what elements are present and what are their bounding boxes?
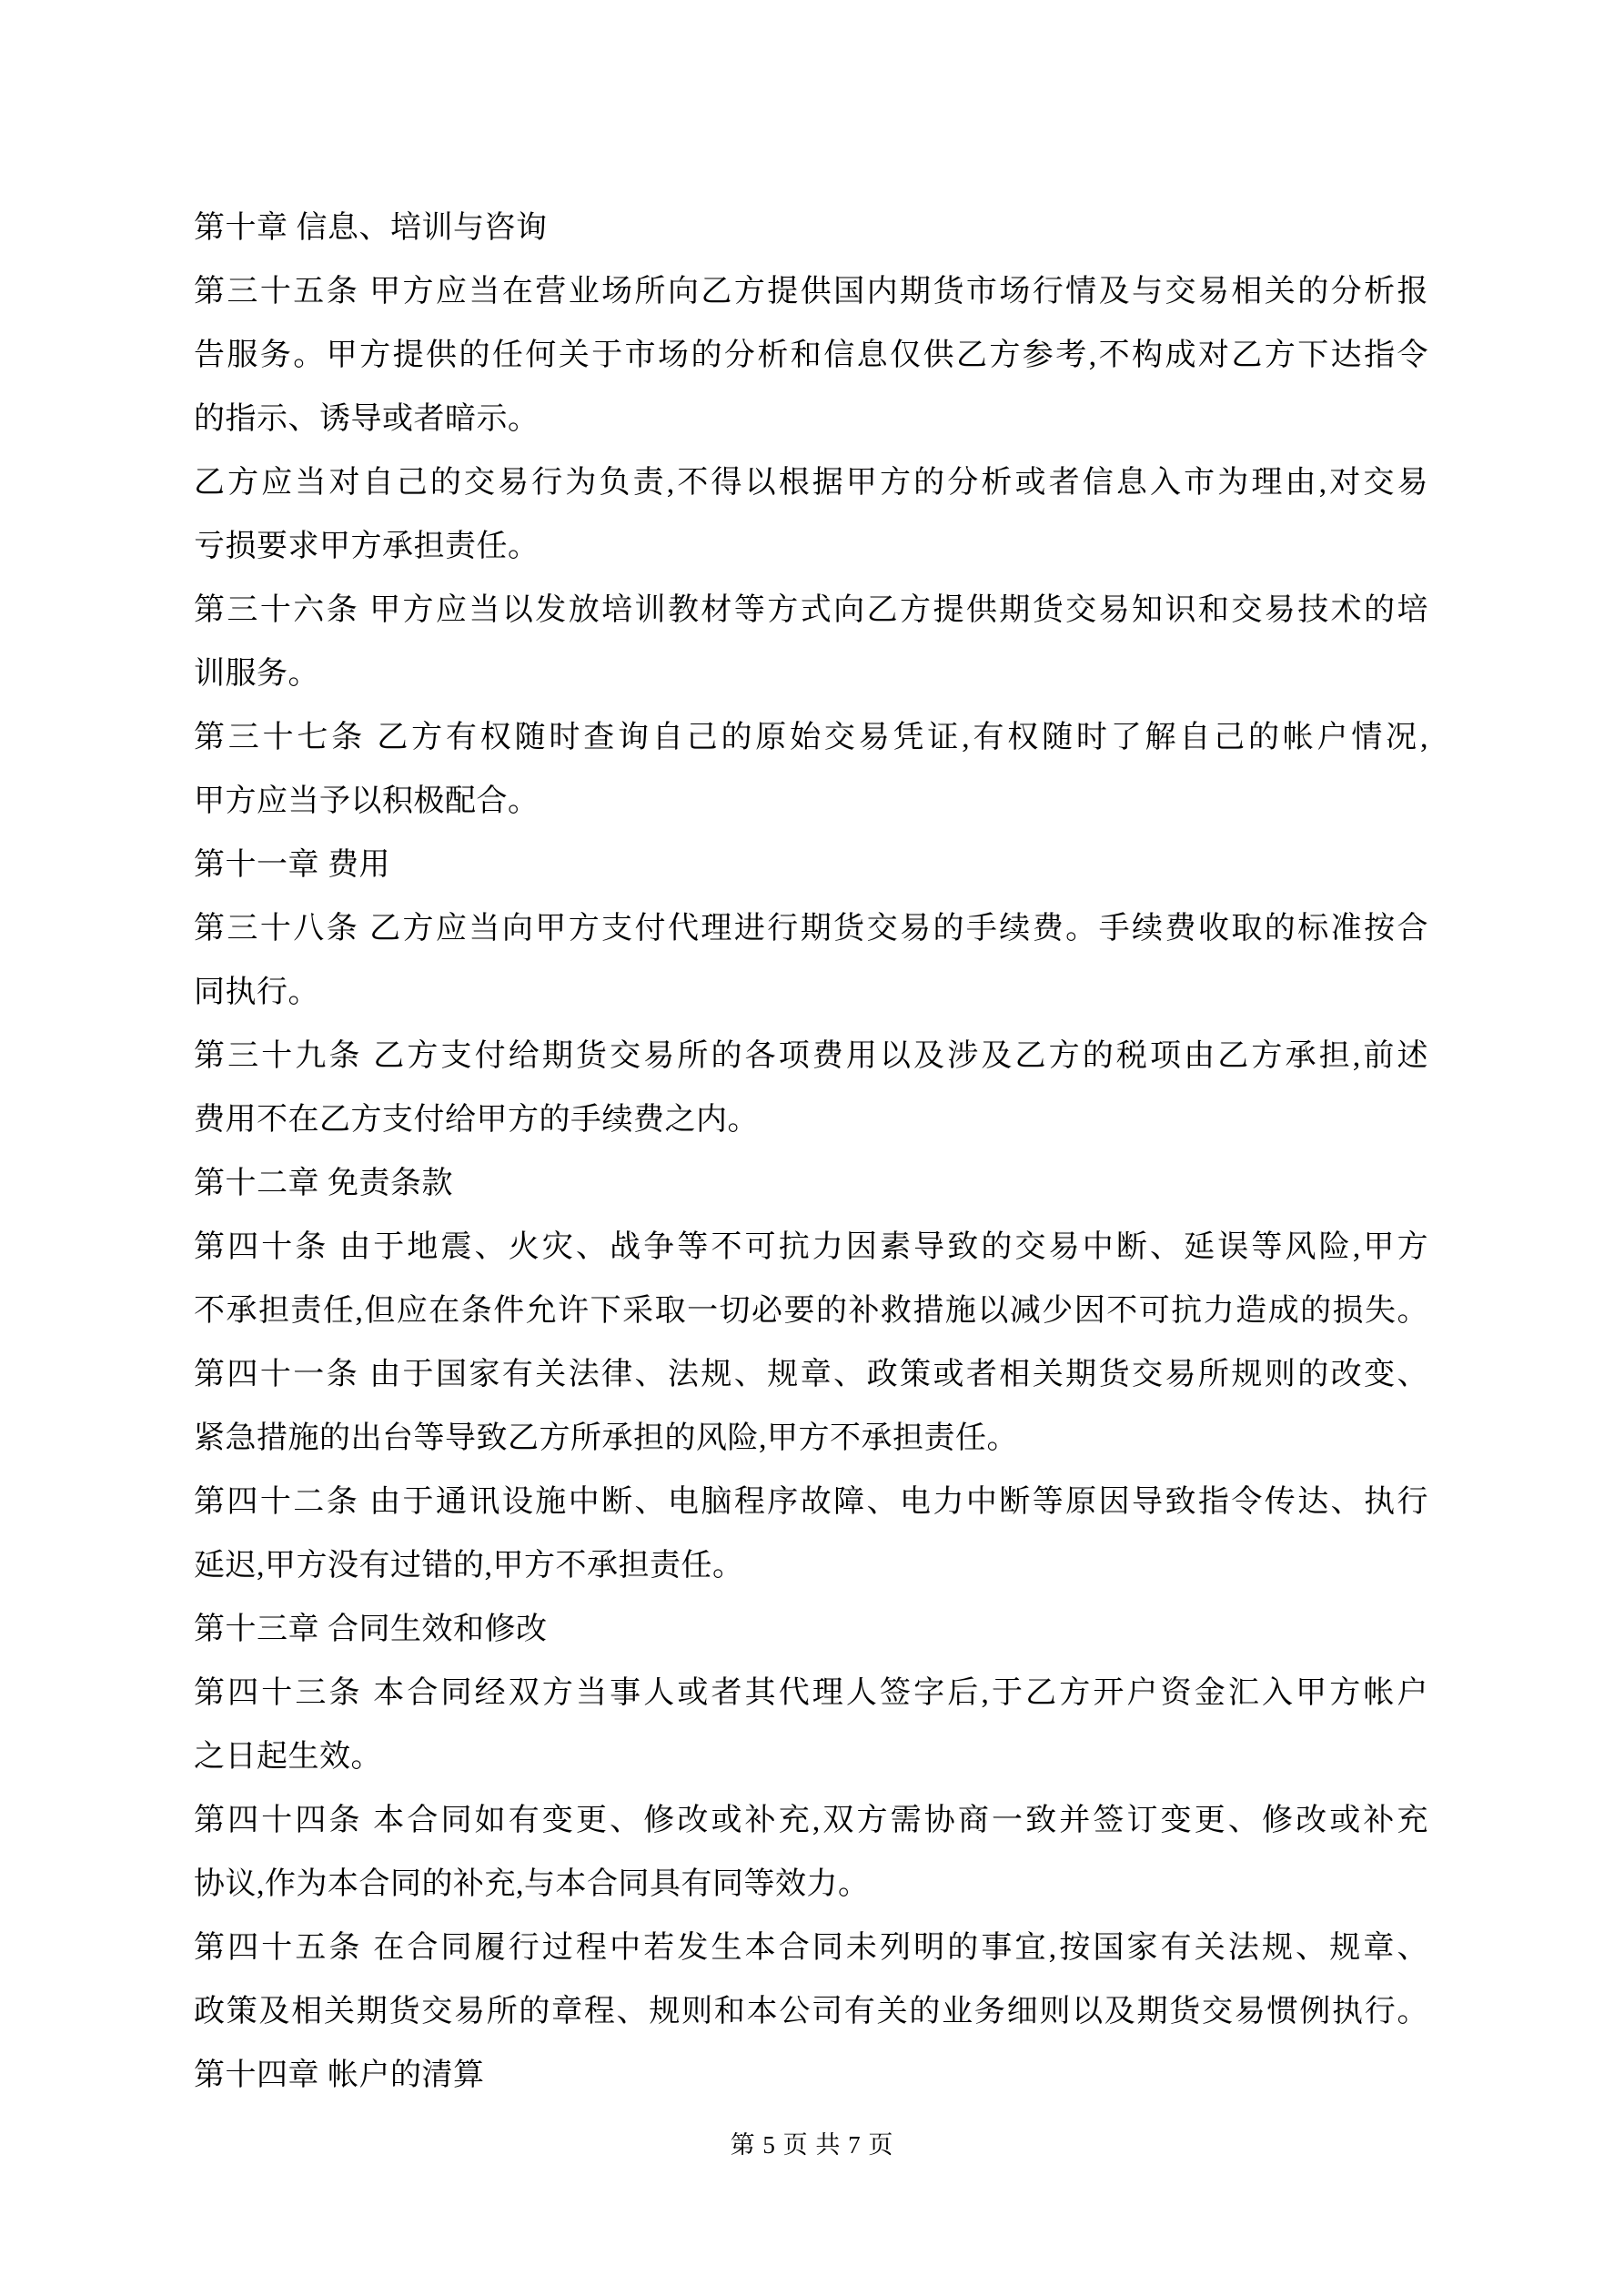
contract-text-line: 费用不在乙方支付给甲方的手续费之内。: [194, 1088, 1428, 1152]
page-footer: 第 5 页 共 7 页: [0, 2121, 1624, 2169]
contract-text-line: 第三十五条 甲方应当在营业场所向乙方提供国内期货市场行情及与交易相关的分析报: [194, 260, 1428, 324]
chapter-heading-line: 第十章 信息、培训与咨询: [194, 197, 1428, 260]
contract-text-line: 第四十三条 本合同经双方当事人或者其代理人签字后,于乙方开户资金汇入甲方帐户: [194, 1662, 1428, 1725]
chapter-heading-line: 第十三章 合同生效和修改: [194, 1598, 1428, 1662]
chapter-heading-line: 第十二章 免责条款: [194, 1152, 1428, 1216]
contract-text-line: 第四十四条 本合同如有变更、修改或补充,双方需协商一致并签订变更、修改或补充: [194, 1789, 1428, 1853]
contract-text-line: 训服务。: [194, 642, 1428, 706]
contract-text-line: 亏损要求甲方承担责任。: [194, 515, 1428, 579]
contract-text-line: 政策及相关期货交易所的章程、规则和本公司有关的业务细则以及期货交易惯例执行。: [194, 1980, 1428, 2044]
contract-text-line: 同执行。: [194, 961, 1428, 1025]
contract-body: 第十章 信息、培训与咨询第三十五条 甲方应当在营业场所向乙方提供国内期货市场行情…: [194, 197, 1428, 2108]
contract-text-line: 延迟,甲方没有过错的,甲方不承担责任。: [194, 1534, 1428, 1598]
contract-text-line: 第四十二条 由于通讯设施中断、电脑程序故障、电力中断等原因导致指令传达、执行: [194, 1471, 1428, 1534]
contract-text-line: 之日起生效。: [194, 1725, 1428, 1789]
contract-text-line: 第四十五条 在合同履行过程中若发生本合同未列明的事宜,按国家有关法规、规章、: [194, 1917, 1428, 1980]
contract-text-line: 第四十一条 由于国家有关法律、法规、规章、政策或者相关期货交易所规则的改变、: [194, 1343, 1428, 1407]
contract-text-line: 第三十八条 乙方应当向甲方支付代理进行期货交易的手续费。手续费收取的标准按合: [194, 897, 1428, 961]
contract-text-line: 甲方应当予以积极配合。: [194, 770, 1428, 834]
document-page: 第十章 信息、培训与咨询第三十五条 甲方应当在营业场所向乙方提供国内期货市场行情…: [0, 0, 1624, 2296]
chapter-heading-line: 第十四章 帐户的清算: [194, 2044, 1428, 2108]
contract-text-line: 第三十六条 甲方应当以发放培训教材等方式向乙方提供期货交易知识和交易技术的培: [194, 579, 1428, 642]
contract-text-line: 告服务。甲方提供的任何关于市场的分析和信息仅供乙方参考,不构成对乙方下达指令: [194, 324, 1428, 388]
contract-text-line: 的指示、诱导或者暗示。: [194, 388, 1428, 451]
contract-text-line: 不承担责任,但应在条件允许下采取一切必要的补救措施以减少因不可抗力造成的损失。: [194, 1279, 1428, 1343]
contract-text-line: 第三十九条 乙方支付给期货交易所的各项费用以及涉及乙方的税项由乙方承担,前述: [194, 1025, 1428, 1088]
contract-text-line: 第四十条 由于地震、火灾、战争等不可抗力因素导致的交易中断、延误等风险,甲方: [194, 1216, 1428, 1279]
contract-text-line: 协议,作为本合同的补充,与本合同具有同等效力。: [194, 1853, 1428, 1917]
contract-text-line: 第三十七条 乙方有权随时查询自己的原始交易凭证,有权随时了解自己的帐户情况,: [194, 706, 1428, 770]
contract-text-line: 紧急措施的出台等导致乙方所承担的风险,甲方不承担责任。: [194, 1407, 1428, 1471]
contract-text-line: 乙方应当对自己的交易行为负责,不得以根据甲方的分析或者信息入市为理由,对交易: [194, 451, 1428, 515]
chapter-heading-line: 第十一章 费用: [194, 834, 1428, 897]
